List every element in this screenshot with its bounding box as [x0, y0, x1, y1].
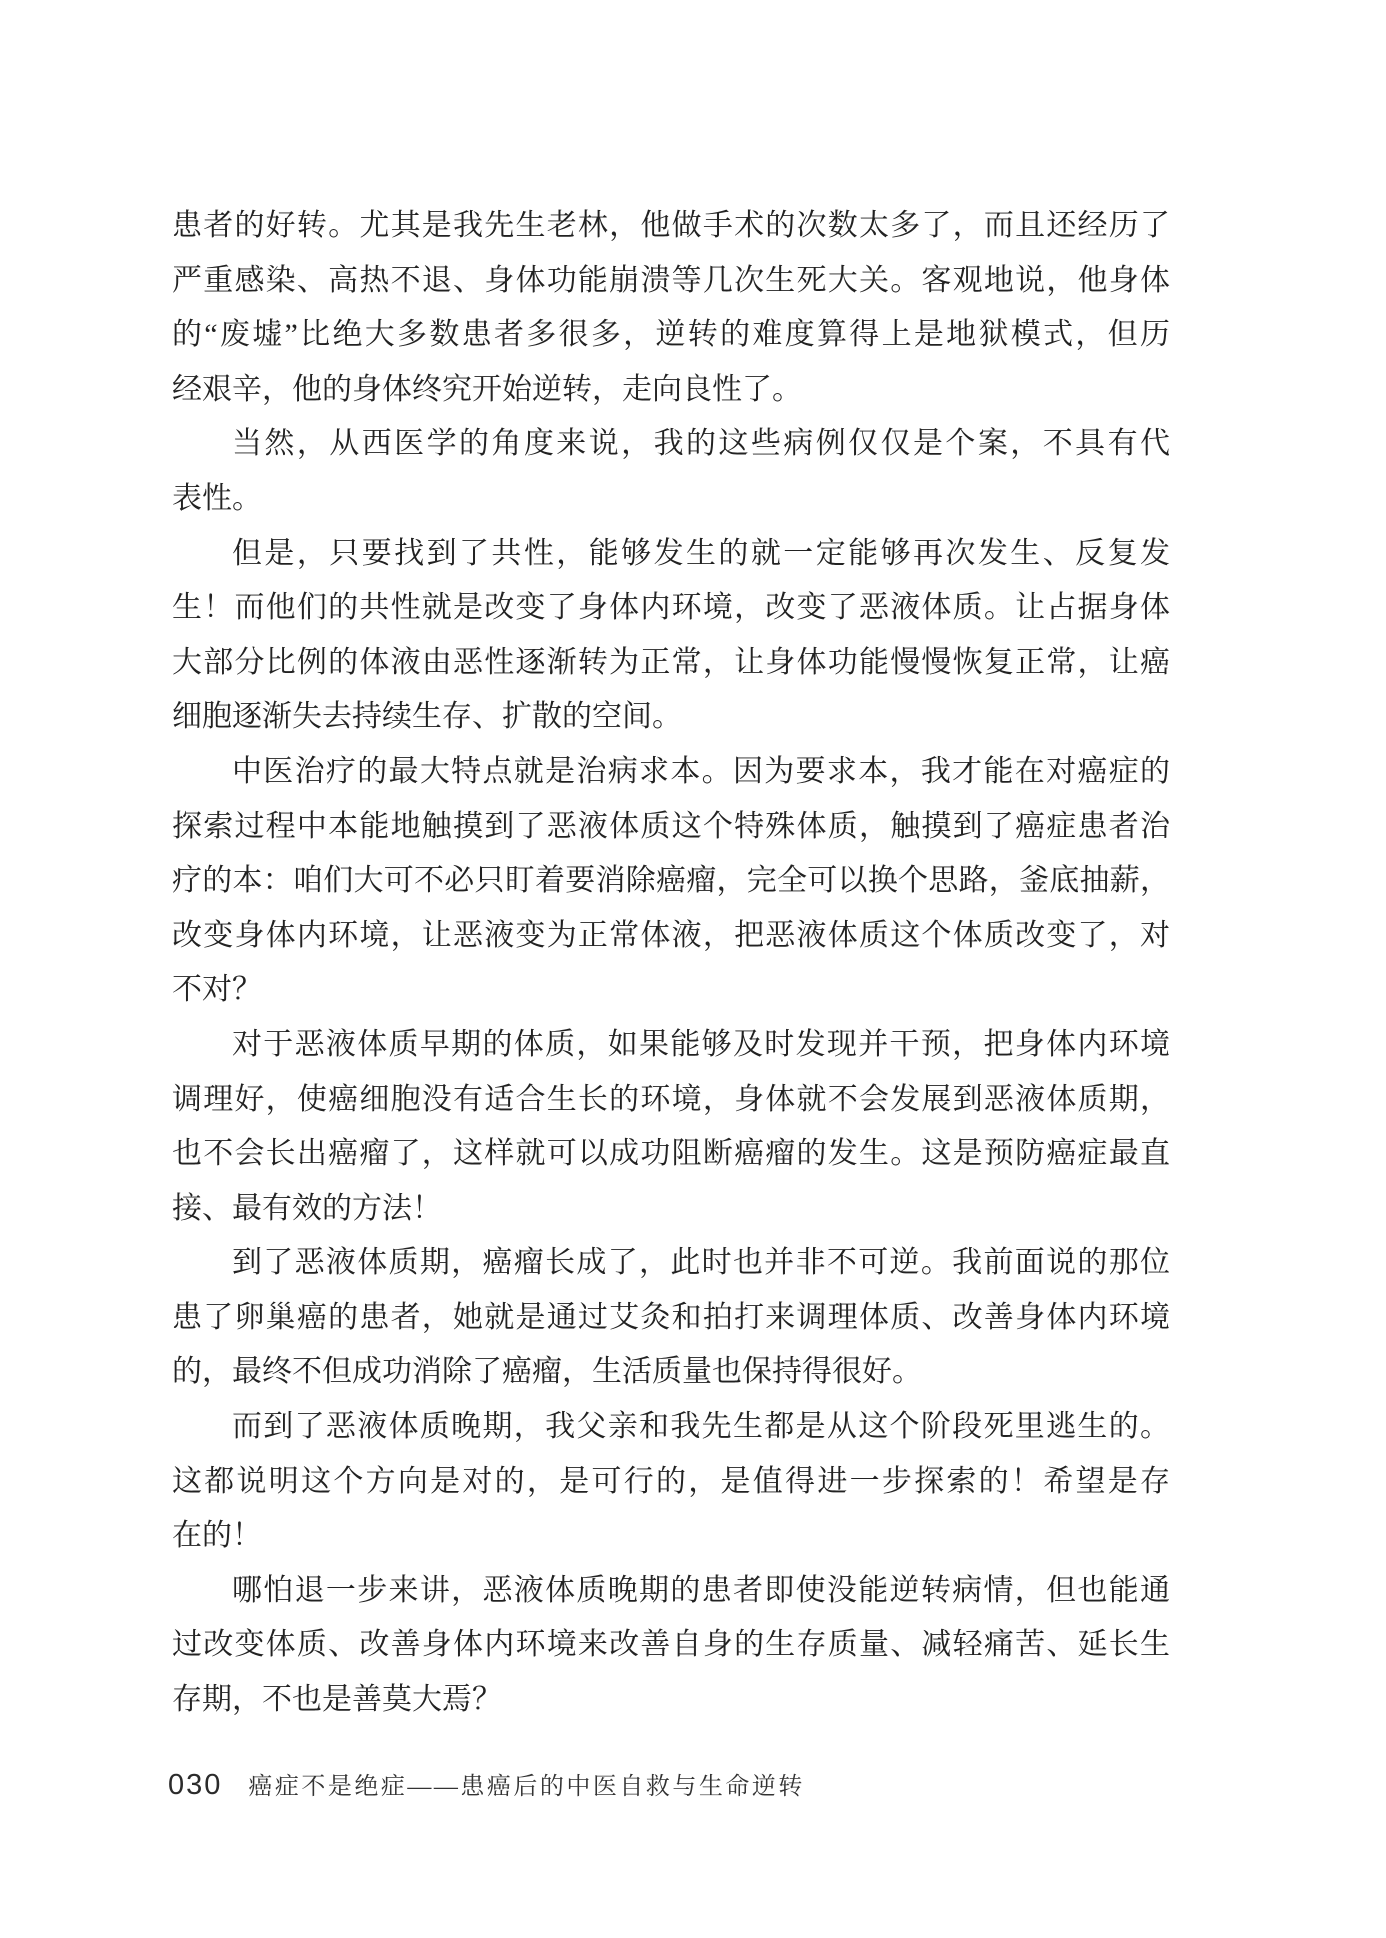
text-line: 患了卵巢癌的患者，她就是通过艾灸和拍打来调理体质、改善身体内环境 — [172, 1291, 1170, 1346]
text-line: 但是，只要找到了共性，能够发生的就一定能够再次发生、反复发 — [172, 527, 1170, 582]
text-line: 中医治疗的最大特点就是治病求本。因为要求本，我才能在对癌症的 — [172, 745, 1170, 800]
paragraph: 患者的好转。尤其是我先生老林，他做手术的次数太多了，而且还经历了严重感染、高热不… — [172, 199, 1170, 417]
text-line: 疗的本：咱们大可不必只盯着要消除癌瘤，完全可以换个思路，釜底抽薪， — [172, 854, 1170, 909]
text-line: 不对？ — [172, 963, 1170, 1018]
paragraph: 到了恶液体质期，癌瘤长成了，此时也并非不可逆。我前面说的那位患了卵巢癌的患者，她… — [172, 1236, 1170, 1400]
book-page: 患者的好转。尤其是我先生老林，他做手术的次数太多了，而且还经历了严重感染、高热不… — [0, 0, 1386, 1938]
text-line: 探索过程中本能地触摸到了恶液体质这个特殊体质，触摸到了癌症患者治 — [172, 800, 1170, 855]
text-line: 严重感染、高热不退、身体功能崩溃等几次生死大关。客观地说，他身体 — [172, 254, 1170, 309]
text-line: 而到了恶液体质晚期，我父亲和我先生都是从这个阶段死里逃生的。 — [172, 1400, 1170, 1455]
text-line: 当然，从西医学的角度来说，我的这些病例仅仅是个案，不具有代 — [172, 417, 1170, 472]
text-line: 在的！ — [172, 1509, 1170, 1564]
text-line: 的“废墟”比绝大多数患者多很多，逆转的难度算得上是地狱模式，但历 — [172, 308, 1170, 363]
text-line: 哪怕退一步来讲，恶液体质晚期的患者即使没能逆转病情，但也能通 — [172, 1564, 1170, 1619]
text-line: 的，最终不但成功消除了癌瘤，生活质量也保持得很好。 — [172, 1345, 1170, 1400]
footer-book-title: 癌症不是绝症——患癌后的中医自救与生命逆转 — [248, 1766, 805, 1801]
body-text: 患者的好转。尤其是我先生老林，他做手术的次数太多了，而且还经历了严重感染、高热不… — [172, 199, 1170, 1728]
text-line: 这都说明这个方向是对的，是可行的，是值得进一步探索的！希望是存 — [172, 1455, 1170, 1510]
paragraph: 而到了恶液体质晚期，我父亲和我先生都是从这个阶段死里逃生的。这都说明这个方向是对… — [172, 1400, 1170, 1564]
text-line: 生！而他们的共性就是改变了身体内环境，改变了恶液体质。让占据身体 — [172, 581, 1170, 636]
text-line: 过改变体质、改善身体内环境来改善自身的生存质量、减轻痛苦、延长生 — [172, 1618, 1170, 1673]
text-line: 对于恶液体质早期的体质，如果能够及时发现并干预，把身体内环境 — [172, 1018, 1170, 1073]
text-line: 患者的好转。尤其是我先生老林，他做手术的次数太多了，而且还经历了 — [172, 199, 1170, 254]
paragraph: 当然，从西医学的角度来说，我的这些病例仅仅是个案，不具有代表性。 — [172, 417, 1170, 526]
paragraph: 哪怕退一步来讲，恶液体质晚期的患者即使没能逆转病情，但也能通过改变体质、改善身体… — [172, 1564, 1170, 1728]
text-line: 存期，不也是善莫大焉？ — [172, 1673, 1170, 1728]
paragraph: 对于恶液体质早期的体质，如果能够及时发现并干预，把身体内环境调理好，使癌细胞没有… — [172, 1018, 1170, 1236]
text-line: 细胞逐渐失去持续生存、扩散的空间。 — [172, 690, 1170, 745]
text-line: 也不会长出癌瘤了，这样就可以成功阻断癌瘤的发生。这是预防癌症最直 — [172, 1127, 1170, 1182]
text-line: 表性。 — [172, 472, 1170, 527]
text-line: 经艰辛，他的身体终究开始逆转，走向良性了。 — [172, 363, 1170, 418]
text-line: 到了恶液体质期，癌瘤长成了，此时也并非不可逆。我前面说的那位 — [172, 1236, 1170, 1291]
paragraph: 中医治疗的最大特点就是治病求本。因为要求本，我才能在对癌症的探索过程中本能地触摸… — [172, 745, 1170, 1018]
page-number: 030 — [168, 1769, 222, 1802]
page-footer: 030 癌症不是绝症——患癌后的中医自救与生命逆转 — [168, 1766, 805, 1802]
text-line: 大部分比例的体液由恶性逐渐转为正常，让身体功能慢慢恢复正常，让癌 — [172, 636, 1170, 691]
text-line: 调理好，使癌细胞没有适合生长的环境，身体就不会发展到恶液体质期， — [172, 1073, 1170, 1128]
paragraph: 但是，只要找到了共性，能够发生的就一定能够再次发生、反复发生！而他们的共性就是改… — [172, 527, 1170, 745]
text-line: 接、最有效的方法！ — [172, 1182, 1170, 1237]
text-line: 改变身体内环境，让恶液变为正常体液，把恶液体质这个体质改变了，对 — [172, 909, 1170, 964]
